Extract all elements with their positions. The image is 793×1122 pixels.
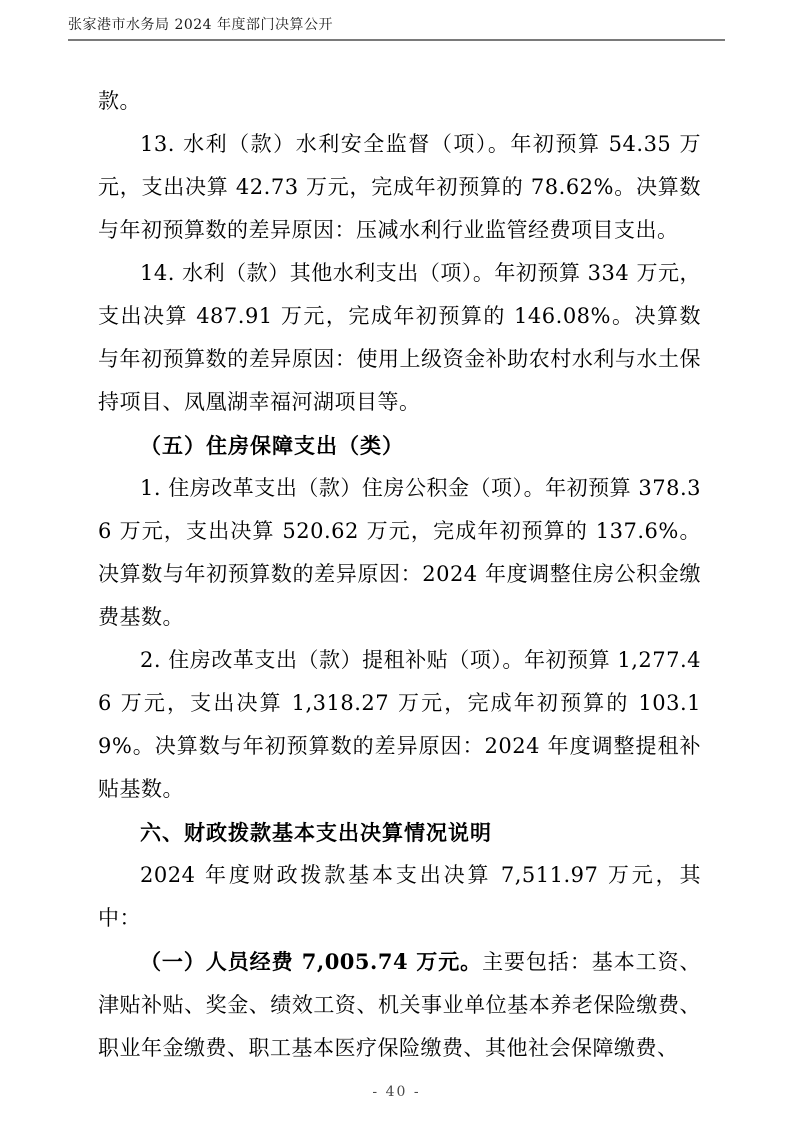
paragraph-continuation: 款。 — [98, 80, 701, 123]
paragraph-basic-expenditure-total: 2024 年度财政拨款基本支出决算 7,511.97 万元，其中： — [98, 854, 701, 940]
document-header-title: 张家港市水务局 2024 年度部门决算公开 — [68, 17, 333, 33]
page-number: - 40 - — [372, 1084, 420, 1100]
paragraph-housing-fund: 1. 住房改革支出（款）住房公积金（项）。年初预算 378.36 万元，支出决算… — [98, 467, 701, 639]
paragraph-item-13: 13. 水利（款）水利安全监督（项）。年初预算 54.35 万元，支出决算 42… — [98, 123, 701, 252]
paragraph-personnel-funds: （一）人员经费 7,005.74 万元。主要包括：基本工资、津贴补贴、奖金、绩效… — [98, 940, 701, 1070]
section-heading-basic-expenditure: 六、财政拨款基本支出决算情况说明 — [98, 811, 701, 854]
document-page: 张家港市水务局 2024 年度部门决算公开 款。 13. 水利（款）水利安全监督… — [0, 0, 793, 1122]
document-body: 款。 13. 水利（款）水利安全监督（项）。年初预算 54.35 万元，支出决算… — [98, 80, 701, 1070]
page-footer: - 40 - — [0, 1081, 793, 1100]
section-heading-housing-security: （五）住房保障支出（类） — [98, 424, 701, 467]
page-header: 张家港市水务局 2024 年度部门决算公开 — [68, 14, 725, 41]
paragraph-item-14: 14. 水利（款）其他水利支出（项）。年初预算 334 万元，支出决算 487.… — [98, 252, 701, 424]
paragraph-personnel-funds-lead: （一）人员经费 7,005.74 万元。 — [140, 949, 482, 974]
paragraph-rent-subsidy: 2. 住房改革支出（款）提租补贴（项）。年初预算 1,277.46 万元，支出决… — [98, 639, 701, 811]
